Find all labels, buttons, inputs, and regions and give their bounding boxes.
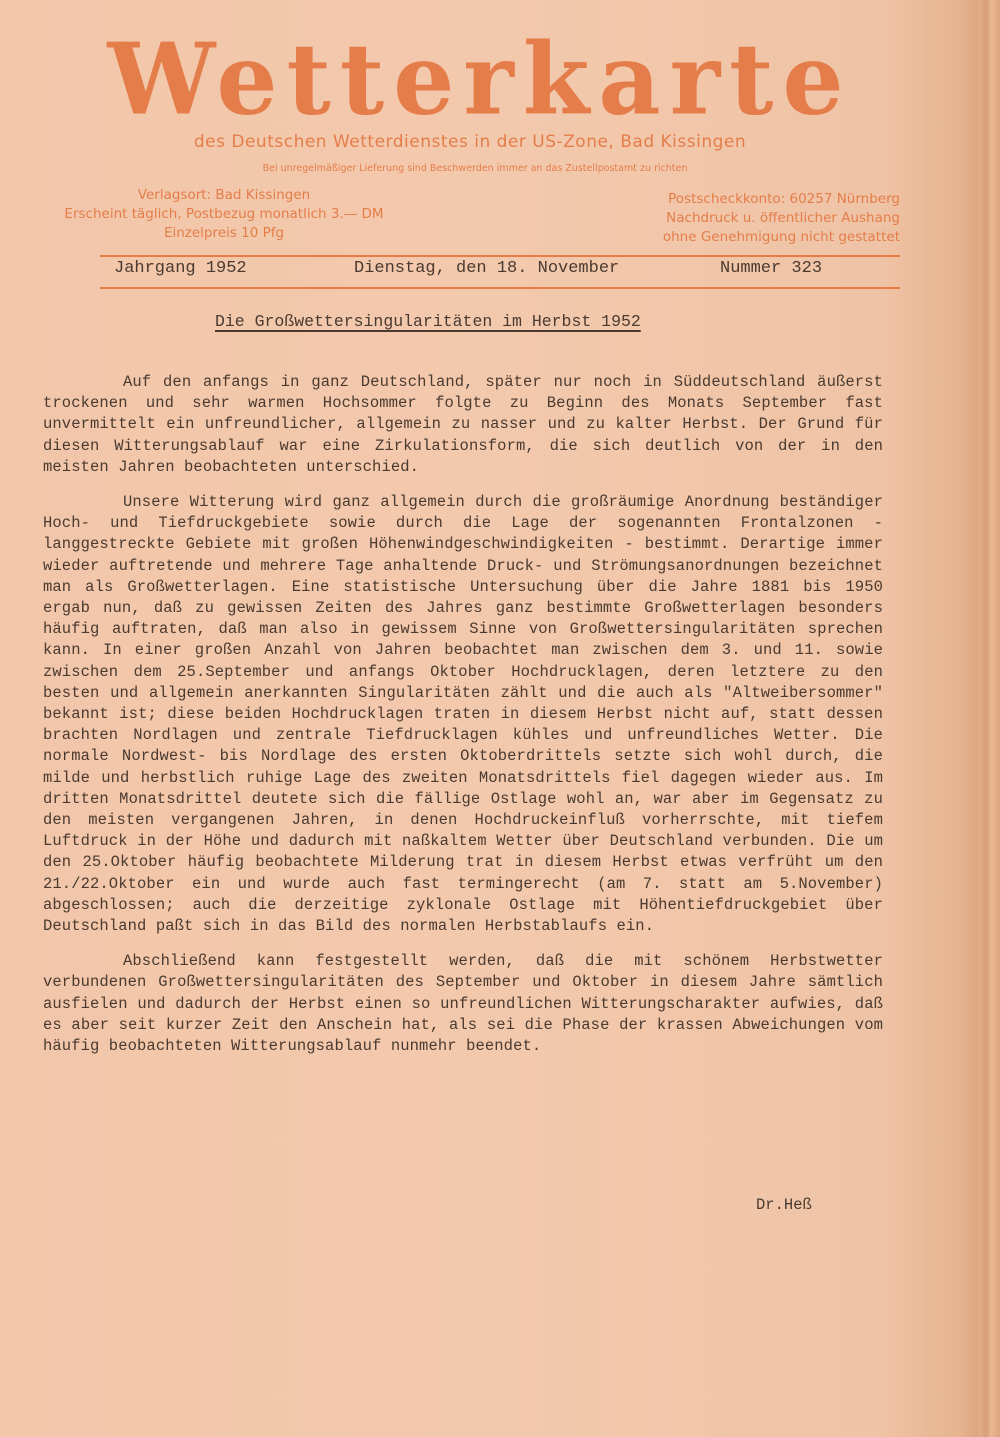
article-paragraph: Unsere Witterung wird ganz allgemein dur… <box>43 492 883 937</box>
divider-bottom <box>100 287 900 289</box>
article-paragraph: Auf den anfangs in ganz Deutschland, spä… <box>43 372 883 478</box>
publisher-info: Verlagsort: Bad Kissingen Erscheint tägl… <box>58 186 390 243</box>
author-signature: Dr.Heß <box>756 1196 812 1214</box>
issue-info: Jahrgang 1952 Dienstag, den 18. November… <box>100 259 900 283</box>
postal-account: Postscheckkonto: 60257 Nürnberg <box>600 190 900 209</box>
article-title: Die Großwettersingularitäten im Herbst 1… <box>215 312 641 331</box>
divider-top <box>100 255 900 257</box>
publication-frequency: Erscheint täglich, Postbezug monatlich 3… <box>58 205 390 224</box>
single-price: Einzelpreis 10 Pfg <box>58 224 390 243</box>
publisher-location: Verlagsort: Bad Kissingen <box>58 186 390 205</box>
issue-number: Nummer 323 <box>720 259 822 278</box>
masthead-subtitle: des Deutschen Wetterdienstes in der US-Z… <box>0 132 940 152</box>
article-body: Auf den anfangs in ganz Deutschland, spä… <box>43 372 883 1071</box>
binding-edge <box>978 0 1000 1437</box>
reprint-notice: Nachdruck u. öffentlicher Aushang <box>600 209 900 228</box>
issue-date: Dienstag, den 18. November <box>354 259 619 278</box>
legal-info: Postscheckkonto: 60257 Nürnberg Nachdruc… <box>600 190 900 247</box>
issue-year: Jahrgang 1952 <box>114 259 247 278</box>
delivery-notice: Bei unregelmäßiger Lieferung sind Beschw… <box>0 163 950 174</box>
article-paragraph: Abschließend kann festgestellt werden, d… <box>43 951 883 1057</box>
permission-notice: ohne Genehmigung nicht gestattet <box>600 228 900 247</box>
masthead-title: Wetterkarte <box>0 29 960 131</box>
